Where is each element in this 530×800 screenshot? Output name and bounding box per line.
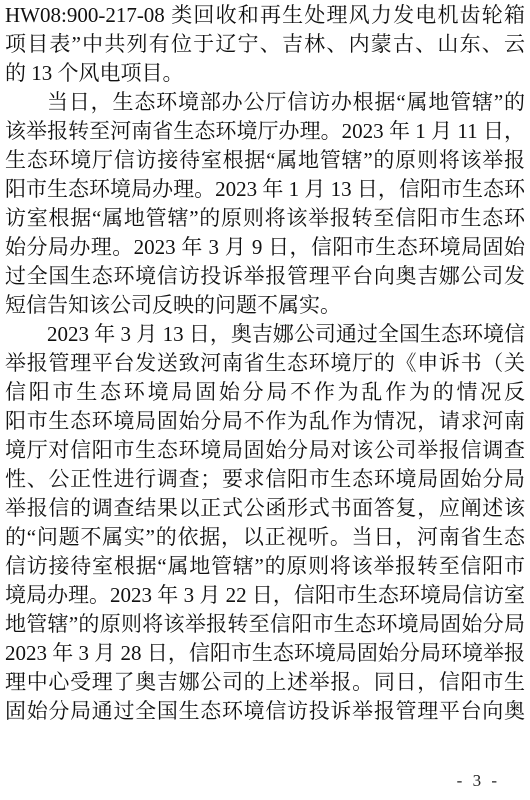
text-line: 固始分局通过全国生态环境信访投诉举报管理平台向奥吉娜公 [5, 697, 525, 726]
text-line: 2023 年 3 月 28 日，信阳市生态环境局固始分局环境举报投诉受 [5, 639, 525, 668]
text-line: 生态环境厅信访接待室根据“属地管辖”的原则将该举报转至信 [5, 146, 525, 175]
body-text: HW08:900-217-08 类回收和再生处理风力发电机齿轮箱油中标 项目表”… [5, 1, 525, 726]
text-line: 阳市生态环境局固始分局不作为乱作为情况，请求河南省生态环 [5, 407, 525, 436]
text-line: HW08:900-217-08 类回收和再生处理风力发电机齿轮箱油中标 [5, 1, 525, 30]
text-line: 举报信的调查结果以正式公函形式书面答复，应阐述该公司反映 [5, 494, 525, 523]
text-line: 性、公正性进行调查；要求信阳市生态环境局固始分局对该公司 [5, 465, 525, 494]
text-line: 地管辖”的原则将该举报转至信阳市生态环境局固始分局办理。 [5, 610, 525, 639]
text-line: 信阳市生态环境局固始分局不作为乱作为的情况反映）》，反映信 [5, 378, 525, 407]
text-line: 信访接待室根据“属地管辖”的原则将该举报转至信阳市生态环 [5, 552, 525, 581]
text-line: 理中心受理了奥吉娜公司的上述举报。同日，信阳市生态环境局 [5, 668, 525, 697]
text-line: 始分局办理。2023 年 3 月 9 日，信阳市生态环境局固始分局通 [5, 233, 525, 262]
text-line: 当日，生态环境部办公厅信访办根据“属地管辖”的原则将 [5, 88, 525, 117]
document-page: HW08:900-217-08 类回收和再生处理风力发电机齿轮箱油中标 项目表”… [0, 0, 530, 800]
text-line: 阳市生态环境局办理。2023 年 1 月 13 日，信阳市生态环境局信 [5, 175, 525, 204]
text-line: 2023 年 3 月 13 日，奥吉娜公司通过全国生态环境信访投诉 [5, 320, 525, 349]
page-number: - 3 - [457, 771, 500, 791]
text-line: 的 13 个风电项目。 [5, 59, 525, 88]
text-line: 该举报转至河南省生态环境厅办理。2023 年 1 月 11 日，河南省 [5, 117, 525, 146]
text-line: 境局办理。2023 年 3 月 22 日，信阳市生态环境局信访室根据“属 [5, 581, 525, 610]
text-line: 项目表”中共列有位于辽宁、吉林、内蒙古、山东、云南、甘肃 [5, 30, 525, 59]
text-line: 短信告知该公司反映的问题不属实。 [5, 291, 525, 320]
text-line: 的“问题不属实”的依据，以正视听。当日，河南省生态环境厅 [5, 523, 525, 552]
text-line: 举报管理平台发送致河南省生态环境厅的《申诉书（关于河南省 [5, 349, 525, 378]
text-line: 境厅对信阳市生态环境局固始分局对该公司举报信调查的真实 [5, 436, 525, 465]
text-line: 过全国生态环境信访投诉举报管理平台向奥吉娜公司发送手机 [5, 262, 525, 291]
text-line: 访室根据“属地管辖”的原则将该举报转至信阳市生态环境局固 [5, 204, 525, 233]
